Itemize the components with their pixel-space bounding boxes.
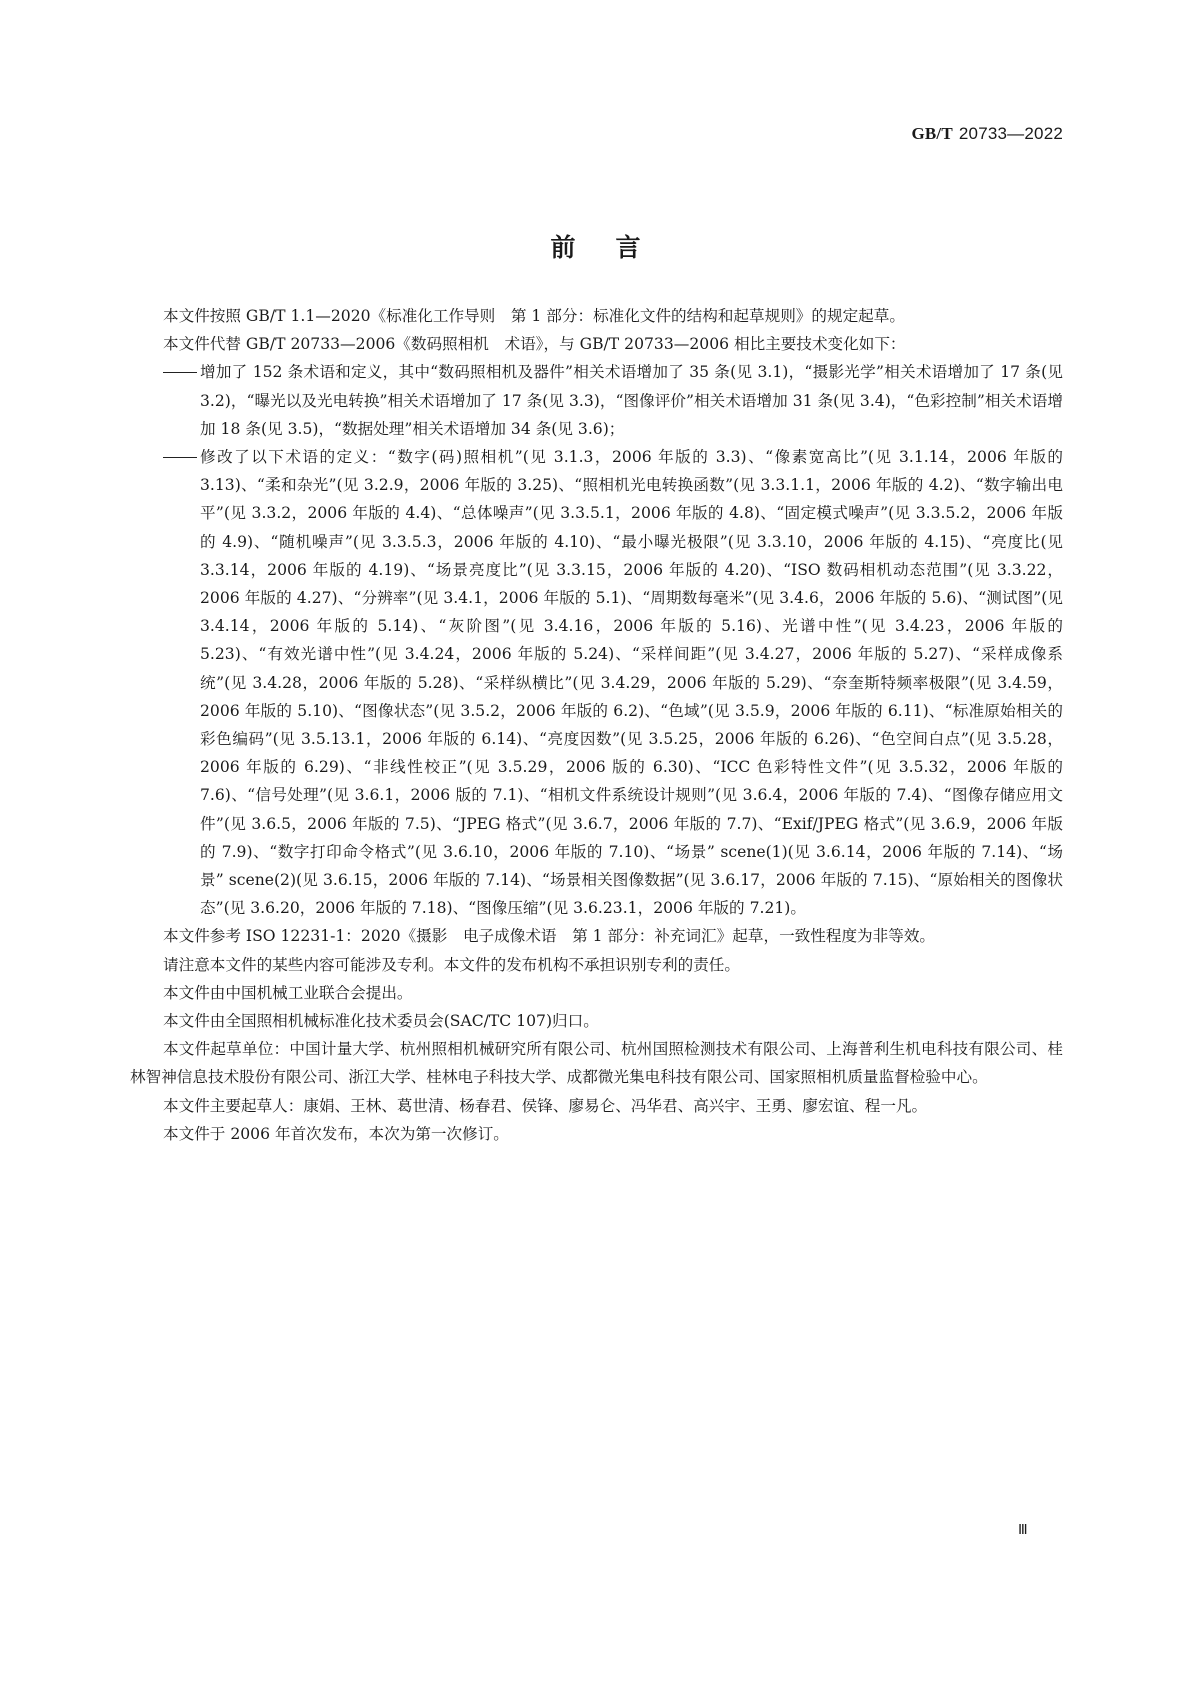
list-item-text: 修改了以下术语的定义：“数字(码)照相机”(见 3.1.3，2006 年版的 3… xyxy=(200,448,1063,917)
paragraph-reference-iso: 本文件参考 ISO 12231-1：2020《摄影 电子成像术语 第 1 部分：… xyxy=(130,922,1063,950)
paragraph-replaces: 本文件代替 GB/T 20733—2006《数码照相机 术语》，与 GB/T 2… xyxy=(130,330,1063,358)
standard-code: GB/T xyxy=(911,124,952,143)
paragraph-drafters: 本文件主要起草人：康娟、王林、葛世清、杨春君、侯锋、廖易仑、冯华君、高兴宇、王勇… xyxy=(130,1092,1063,1120)
paragraph-drafting-units: 本文件起草单位：中国计量大学、杭州照相机械研究所有限公司、杭州国照检测技术有限公… xyxy=(130,1035,1063,1091)
paragraph-centralized-by: 本文件由全国照相机械标准化技术委员会(SAC/TC 107)归口。 xyxy=(130,1007,1063,1035)
paragraph-history: 本文件于 2006 年首次发布，本次为第一次修订。 xyxy=(130,1120,1063,1148)
paragraph-drafting-rules: 本文件按照 GB/T 1.1—2020《标准化工作导则 第 1 部分：标准化文件… xyxy=(130,302,1063,330)
page-number: Ⅲ xyxy=(1018,1522,1028,1539)
page-title: 前言 xyxy=(0,228,1191,264)
list-item-added-terms: 增加了 152 条术语和定义，其中“数码照相机及器件”相关术语增加了 35 条(… xyxy=(130,358,1063,443)
list-item-text: 增加了 152 条术语和定义，其中“数码照相机及器件”相关术语增加了 35 条(… xyxy=(200,363,1063,437)
list-item-modified-terms: 修改了以下术语的定义：“数字(码)照相机”(见 3.1.3，2006 年版的 3… xyxy=(130,443,1063,922)
document-body: 本文件按照 GB/T 1.1—2020《标准化工作导则 第 1 部分：标准化文件… xyxy=(130,302,1063,1148)
standard-number: 20733—2022 xyxy=(959,124,1063,143)
paragraph-patent-notice: 请注意本文件的某些内容可能涉及专利。本文件的发布机构不承担识别专利的责任。 xyxy=(130,951,1063,979)
paragraph-proposed-by: 本文件由中国机械工业联合会提出。 xyxy=(130,979,1063,1007)
page-header: GB/T20733—2022 xyxy=(911,124,1063,144)
